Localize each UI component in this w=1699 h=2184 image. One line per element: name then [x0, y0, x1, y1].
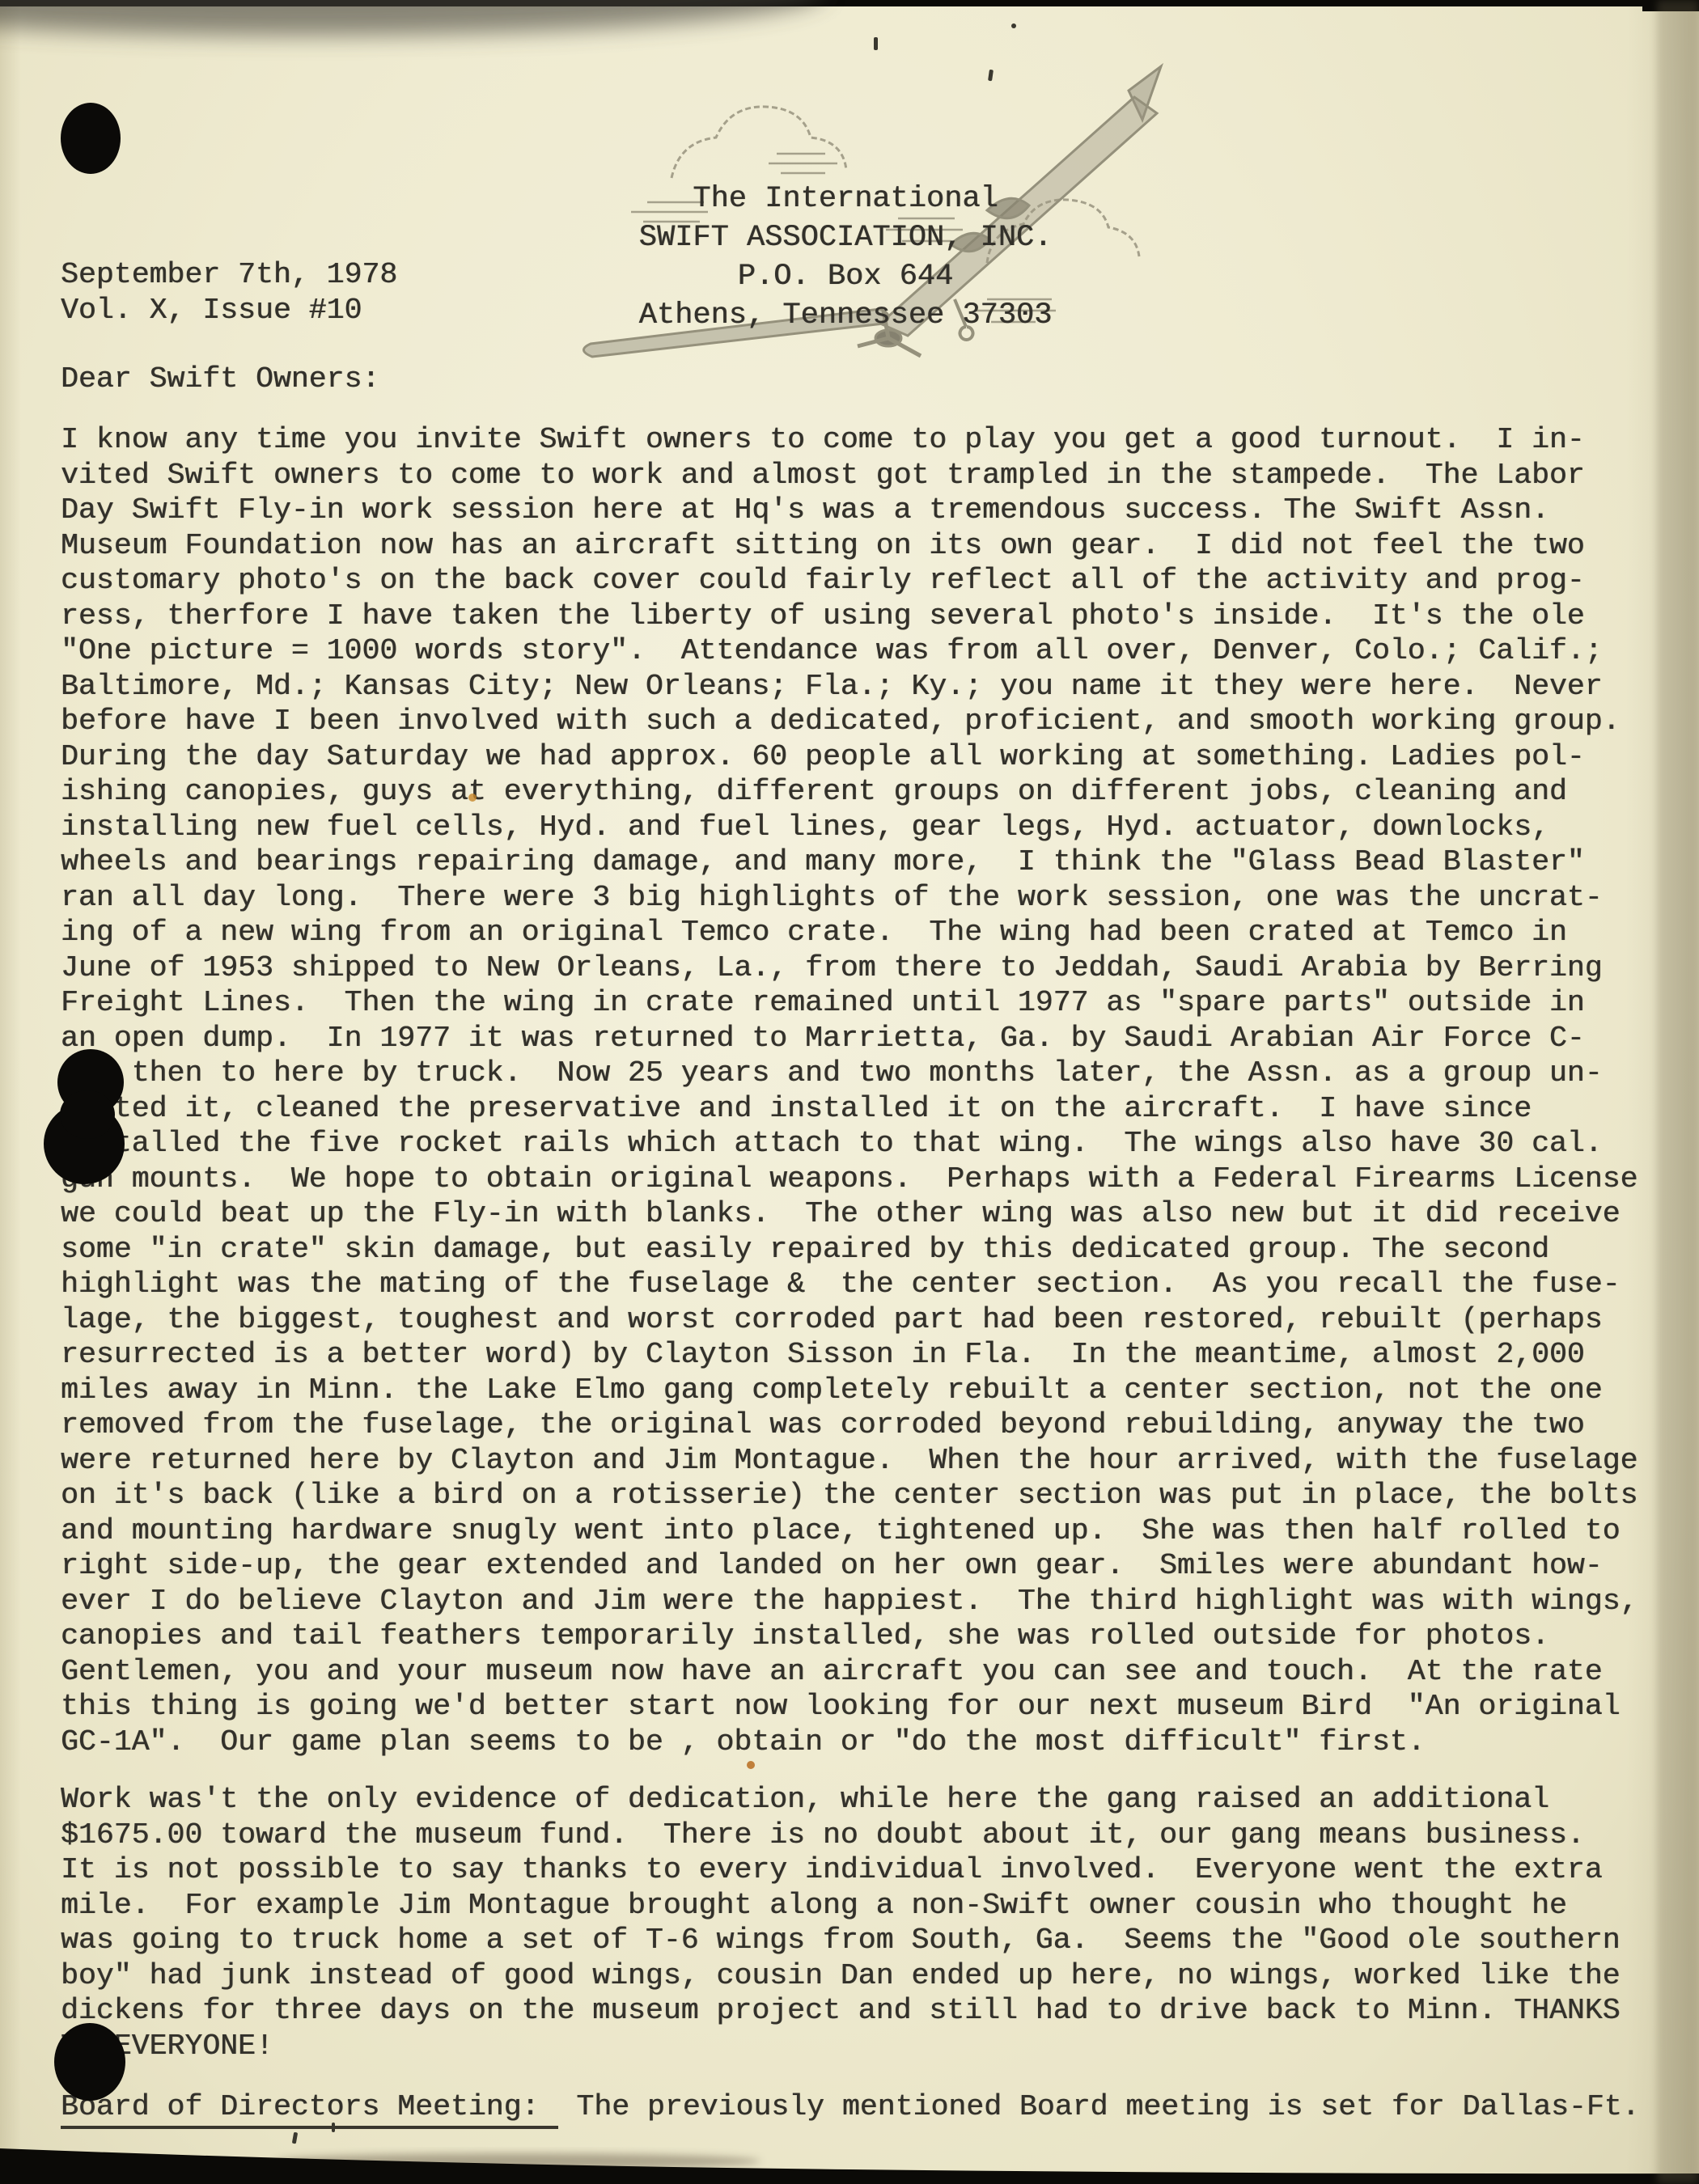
letter-line: highlight was the mating of the fuselage… [61, 1267, 1638, 1302]
letter-line: miles away in Minn. the Lake Elmo gang c… [61, 1373, 1638, 1408]
letter-line: installed the five rocket rails which at… [61, 1126, 1638, 1162]
letter-body: I know any time you invite Swift owners … [61, 422, 1638, 2063]
letter-line: June of 1953 shipped to New Orleans, La.… [61, 950, 1638, 986]
letter-line: Day Swift Fly-in work session here at Hq… [61, 493, 1638, 528]
board-meeting-heading: Board of Directors Meeting: [61, 2090, 558, 2129]
dateline: September 7th, 1978 Vol. X, Issue #10 [61, 257, 397, 328]
scanned-newsletter-page: The International SWIFT ASSOCIATION, INC… [0, 0, 1699, 2184]
paragraph-2: Work was't the only evidence of dedicati… [61, 1782, 1638, 2063]
letter-line: $1675.00 toward the museum fund. There i… [61, 1818, 1638, 1853]
letter-line: Work was't the only evidence of dedicati… [61, 1782, 1638, 1818]
letter-line: TO EVERYONE! [61, 2029, 1638, 2064]
letter-line: ran all day long. There were 3 big highl… [61, 880, 1638, 916]
letter-line: this thing is going we'd better start no… [61, 1689, 1638, 1725]
letter-line: lage, the biggest, toughest and worst co… [61, 1302, 1638, 1338]
letter-line: an open dump. In 1977 it was returned to… [61, 1021, 1638, 1056]
org-name-line2: SWIFT ASSOCIATION, INC. [0, 218, 1691, 257]
letter-line: GC-1A". Our game plan seems to be , obta… [61, 1725, 1638, 1760]
letter-line: It is not possible to say thanks to ever… [61, 1852, 1638, 1888]
letter-line: removed from the fuselage, the original … [61, 1407, 1638, 1443]
letter-line: gun mounts. We hope to obtain original w… [61, 1162, 1638, 1197]
org-name-line1: The International [0, 180, 1691, 218]
letter-line: Baltimore, Md.; Kansas City; New Orleans… [61, 669, 1638, 705]
letter-line: installing new fuel cells, Hyd. and fuel… [61, 810, 1638, 845]
letter-line: we could beat up the Fly-in with blanks.… [61, 1196, 1638, 1232]
salutation: Dear Swift Owners: [61, 362, 379, 397]
letter-line: Gentlemen, you and your museum now have … [61, 1654, 1638, 1690]
letter-line: dickens for three days on the museum pro… [61, 1993, 1638, 2029]
letter-line: resurrected is a better word) by Clayton… [61, 1337, 1638, 1373]
volume-issue-text: Vol. X, Issue #10 [61, 293, 397, 328]
letter-line: boy" had junk instead of good wings, cou… [61, 1958, 1638, 1994]
letter-line: wheels and bearings repairing damage, an… [61, 844, 1638, 880]
letter-line: and mounting hardware snugly went into p… [61, 1513, 1638, 1549]
letter-line: During the day Saturday we had approx. 6… [61, 739, 1638, 775]
letter-line: vited Swift owners to come to work and a… [61, 458, 1638, 493]
letter-line: ress, therfore I have taken the liberty … [61, 599, 1638, 634]
letter-line: I know any time you invite Swift owners … [61, 422, 1638, 458]
letter-line: ever I do believe Clayton and Jim were t… [61, 1584, 1638, 1619]
paragraph-1: I know any time you invite Swift owners … [61, 422, 1638, 1759]
letter-line: were returned here by Clayton and Jim Mo… [61, 1443, 1638, 1479]
letter-line: on it's back (like a bird on a rotisseri… [61, 1478, 1638, 1513]
letter-line: Freight Lines. Then the wing in crate re… [61, 985, 1638, 1021]
letter-line: some "in crate" skin damage, but easily … [61, 1232, 1638, 1268]
letter-line: canopies and tail feathers temporarily i… [61, 1619, 1638, 1654]
board-meeting-text: The previously mentioned Board meeting i… [558, 2090, 1639, 2123]
letter-line: Museum Foundation now has an aircraft si… [61, 528, 1638, 564]
letter-line: customary photo's on the back cover coul… [61, 563, 1638, 599]
letter-line: right side-up, the gear extended and lan… [61, 1548, 1638, 1584]
letter-line: "One picture = 1000 words story". Attend… [61, 633, 1638, 669]
letter-line: crated it, cleaned the preservative and … [61, 1091, 1638, 1127]
footer-heading-line: Board of Directors Meeting: The previous… [61, 2089, 1640, 2125]
letter-line: mile. For example Jim Montague brought a… [61, 1888, 1638, 1924]
letter-line: before have I been involved with such a … [61, 704, 1638, 739]
date-text: September 7th, 1978 [61, 257, 397, 293]
letter-line: 130 then to here by truck. Now 25 years … [61, 1056, 1638, 1091]
letter-line: ishing canopies, guys at everything, dif… [61, 774, 1638, 810]
letter-line: was going to truck home a set of T-6 win… [61, 1923, 1638, 1958]
letter-line: ing of a new wing from an original Temco… [61, 915, 1638, 950]
